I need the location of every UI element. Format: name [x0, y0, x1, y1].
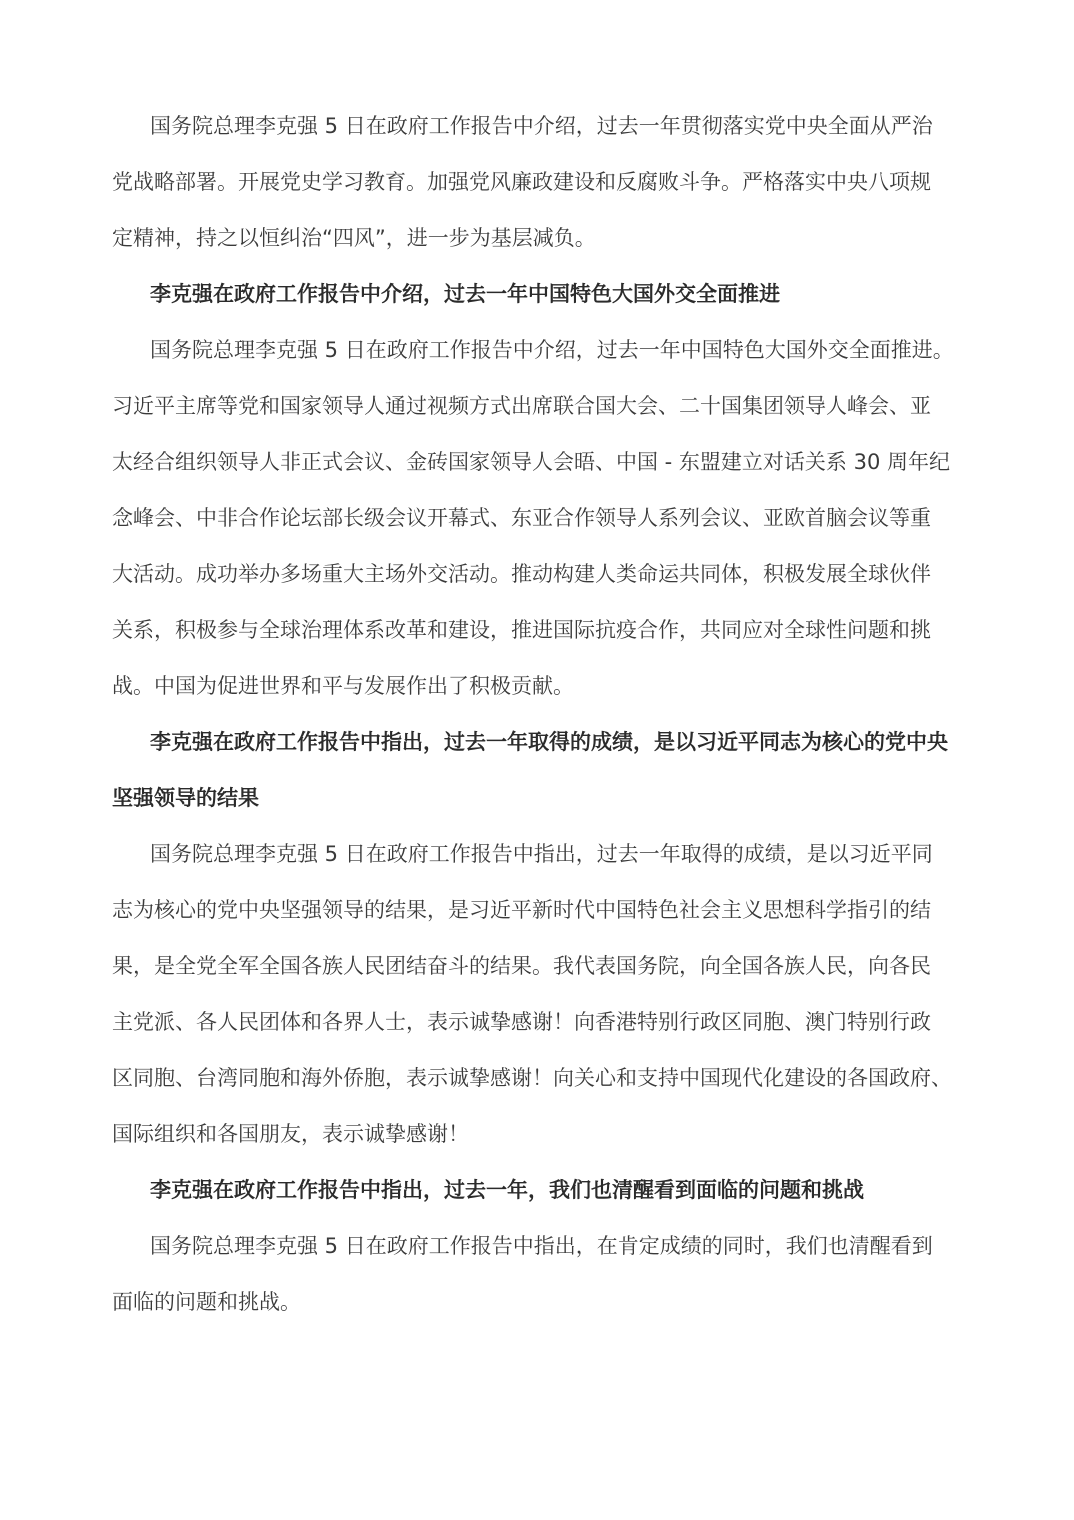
- paragraph-achievements: 国务院总理李克强 5 日在政府工作报告中指出，过去一年取得的成绩，是以习近平同 …: [112, 826, 972, 1162]
- text-line: 大活动。成功举办多场重大主场外交活动。推动构建人类命运共同体，积极发展全球伙伴: [112, 546, 972, 602]
- text-line: 区同胞、台湾同胞和海外侨胞，表示诚挚感谢！向关心和支持中国现代化建设的各国政府、: [112, 1050, 972, 1106]
- text-line: 关系，积极参与全球治理体系改革和建设，推进国际抗疫合作，共同应对全球性问题和挑: [112, 602, 972, 658]
- section-heading-diplomacy: 李克强在政府工作报告中介绍，过去一年中国特色大国外交全面推进: [112, 266, 972, 322]
- text-line: 念峰会、中非合作论坛部长级会议开幕式、东亚合作领导人系列会议、亚欧首脑会议等重: [112, 490, 972, 546]
- text-line: 定精神，持之以恒纠治“四风”，进一步为基层减负。: [112, 210, 972, 266]
- text-line: 国务院总理李克强 5 日在政府工作报告中介绍，过去一年中国特色大国外交全面推进。: [112, 322, 972, 378]
- document-page: 国务院总理李克强 5 日在政府工作报告中介绍，过去一年贯彻落实党中央全面从严治 …: [112, 98, 972, 1330]
- text-line: 果，是全党全军全国各族人民团结奋斗的结果。我代表国务院，向全国各族人民，向各民: [112, 938, 972, 994]
- text-line: 战。中国为促进世界和平与发展作出了积极贡献。: [112, 658, 972, 714]
- heading-line: 李克强在政府工作报告中介绍，过去一年中国特色大国外交全面推进: [112, 266, 972, 322]
- text-line: 国务院总理李克强 5 日在政府工作报告中指出，在肯定成绩的同时，我们也清醒看到: [112, 1218, 972, 1274]
- text-line: 面临的问题和挑战。: [112, 1274, 972, 1330]
- heading-line: 李克强在政府工作报告中指出，过去一年，我们也清醒看到面临的问题和挑战: [112, 1162, 972, 1218]
- text-line: 国务院总理李克强 5 日在政府工作报告中指出，过去一年取得的成绩，是以习近平同: [112, 826, 972, 882]
- paragraph-challenges: 国务院总理李克强 5 日在政府工作报告中指出，在肯定成绩的同时，我们也清醒看到 …: [112, 1218, 972, 1330]
- paragraph-diplomacy: 国务院总理李克强 5 日在政府工作报告中介绍，过去一年中国特色大国外交全面推进。…: [112, 322, 972, 714]
- heading-line: 坚强领导的结果: [112, 770, 972, 826]
- text-line: 习近平主席等党和国家领导人通过视频方式出席联合国大会、二十国集团领导人峰会、亚: [112, 378, 972, 434]
- heading-line: 李克强在政府工作报告中指出，过去一年取得的成绩，是以习近平同志为核心的党中央: [112, 714, 972, 770]
- text-line: 主党派、各人民团体和各界人士，表示诚挚感谢！向香港特别行政区同胞、澳门特别行政: [112, 994, 972, 1050]
- text-line: 国际组织和各国朋友，表示诚挚感谢！: [112, 1106, 972, 1162]
- section-heading-achievements: 李克强在政府工作报告中指出，过去一年取得的成绩，是以习近平同志为核心的党中央 坚…: [112, 714, 972, 826]
- text-line: 太经合组织领导人非正式会议、金砖国家领导人会晤、中国 - 东盟建立对话关系 30…: [112, 434, 972, 490]
- paragraph-strict-party-governance: 国务院总理李克强 5 日在政府工作报告中介绍，过去一年贯彻落实党中央全面从严治 …: [112, 98, 972, 266]
- section-heading-challenges: 李克强在政府工作报告中指出，过去一年，我们也清醒看到面临的问题和挑战: [112, 1162, 972, 1218]
- text-line: 志为核心的党中央坚强领导的结果，是习近平新时代中国特色社会主义思想科学指引的结: [112, 882, 972, 938]
- text-line: 国务院总理李克强 5 日在政府工作报告中介绍，过去一年贯彻落实党中央全面从严治: [112, 98, 972, 154]
- text-line: 党战略部署。开展党史学习教育。加强党风廉政建设和反腐败斗争。严格落实中央八项规: [112, 154, 972, 210]
